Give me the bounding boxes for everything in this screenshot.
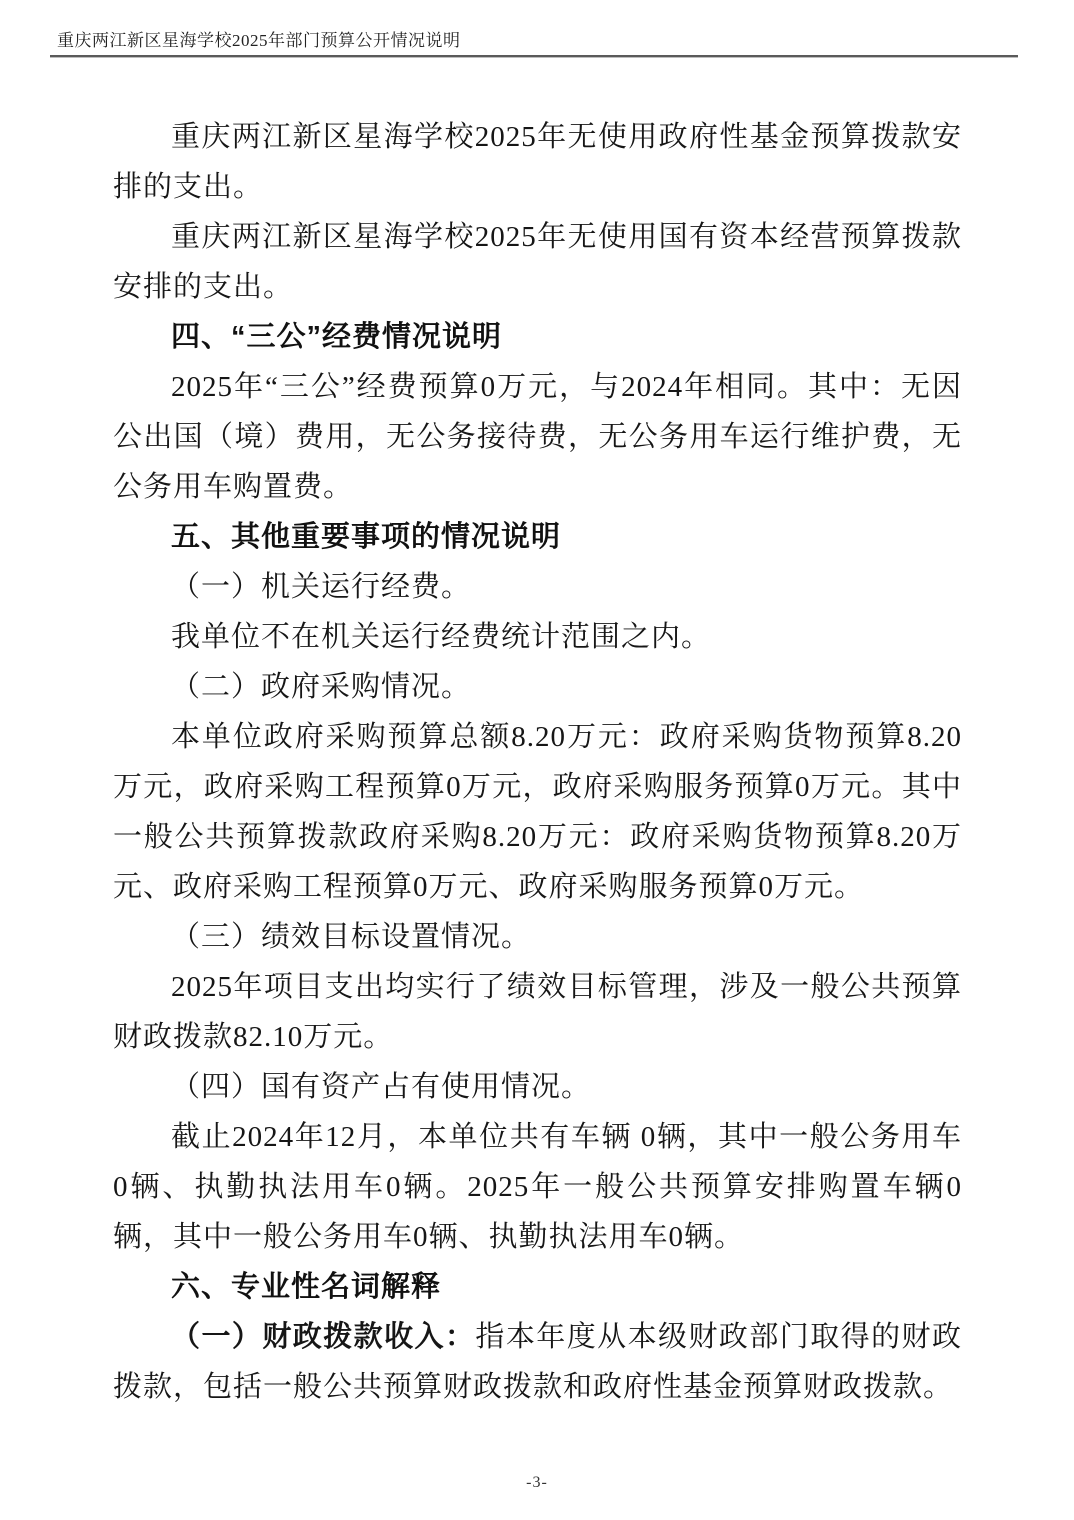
section-heading-five: 五、其他重要事项的情况说明 bbox=[113, 512, 962, 562]
page-number: -3- bbox=[0, 1474, 1074, 1492]
paragraph-no-statecapital-expense: 重庆两江新区星海学校2025年无使用国有资本经营预算拨款安排的支出。 bbox=[113, 212, 962, 312]
sub-heading-gov-procurement: （二）政府采购情况。 bbox=[113, 662, 962, 712]
running-header-title: 重庆两江新区星海学校2025年部门预算公开情况说明 bbox=[57, 30, 1017, 52]
sub-heading-performance-target: （三）绩效目标设置情况。 bbox=[113, 912, 962, 962]
paragraph-no-govfund-expense: 重庆两江新区星海学校2025年无使用政府性基金预算拨款安排的支出。 bbox=[113, 112, 962, 212]
document-page: 重庆两江新区星海学校2025年部门预算公开情况说明 重庆两江新区星海学校2025… bbox=[0, 0, 1074, 1520]
paragraph-gov-procurement: 本单位政府采购预算总额8.20万元：政府采购货物预算8.20万元，政府采购工程预… bbox=[113, 712, 962, 912]
sub-heading-agency-operating: （一）机关运行经费。 bbox=[113, 562, 962, 612]
paragraph-agency-operating: 我单位不在机关运行经费统计范围之内。 bbox=[113, 612, 962, 662]
paragraph-term-definition: （一）财政拨款收入：指本年度从本级财政部门取得的财政拨款，包括一般公共预算财政拨… bbox=[113, 1312, 962, 1412]
section-heading-six: 六、专业性名词解释 bbox=[113, 1262, 962, 1312]
paragraph-three-public-funds: 2025年“三公”经费预算0万元，与2024年相同。其中：无因公出国（境）费用，… bbox=[113, 362, 962, 512]
paragraph-performance-target: 2025年项目支出均实行了绩效目标管理，涉及一般公共预算财政拨款82.10万元。 bbox=[113, 962, 962, 1062]
document-body: 重庆两江新区星海学校2025年无使用政府性基金预算拨款安排的支出。 重庆两江新区… bbox=[113, 112, 962, 1412]
term-lead-fiscal-appropriation: （一）财政拨款收入： bbox=[171, 1321, 475, 1353]
section-heading-four: 四、“三公”经费情况说明 bbox=[113, 312, 962, 362]
sub-heading-state-assets: （四）国有资产占有使用情况。 bbox=[113, 1062, 962, 1112]
paragraph-state-assets: 截止2024年12月，本单位共有车辆 0辆，其中一般公务用车0辆、执勤执法用车0… bbox=[113, 1112, 962, 1262]
header-rule-divider bbox=[50, 55, 1018, 58]
